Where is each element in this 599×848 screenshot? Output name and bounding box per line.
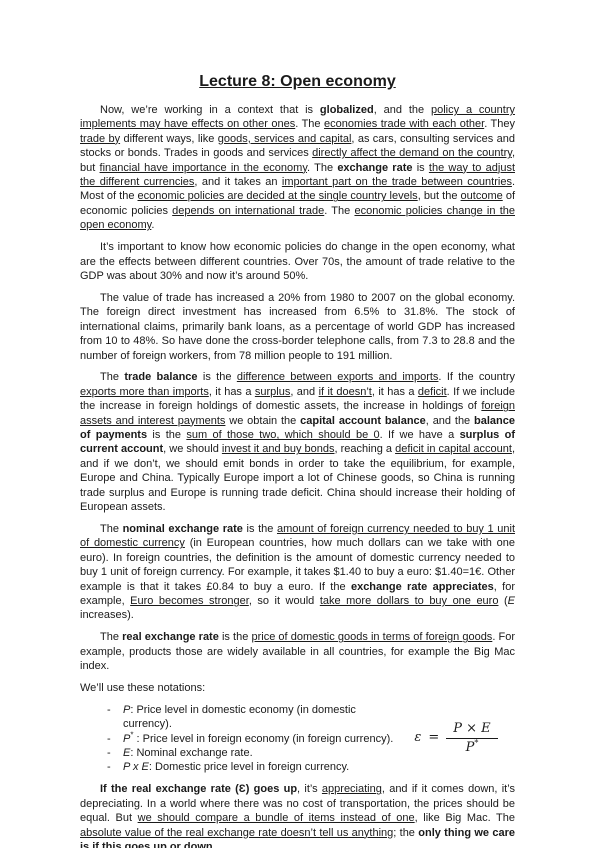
notations-section: -P: Price level in domestic economy (in … <box>80 703 515 774</box>
bullet-marker: - <box>107 703 123 732</box>
bullet-marker: - <box>107 746 123 760</box>
fraction-denominator: P* <box>466 739 479 755</box>
real-exchange-rate-formula: ε = P × E P* <box>397 722 515 756</box>
paragraph-real-exchange-rate: The real exchange rate is the price of d… <box>80 630 515 673</box>
fraction-numerator: P × E <box>446 722 497 739</box>
paragraph-trade-gdp: It’s important to know how economic poli… <box>80 240 515 283</box>
notation-item: -E: Nominal exchange rate. <box>80 746 397 760</box>
notation-item: -P x E: Domestic price level in foreign … <box>80 760 397 774</box>
equals-sign: = <box>428 731 439 745</box>
paragraph-nominal-exchange-rate: The nominal exchange rate is the amount … <box>80 522 515 623</box>
notation-item: -P: Price level in domestic economy (in … <box>80 703 397 732</box>
notation-text: P* : Price level in foreign economy (in … <box>123 732 397 746</box>
paragraph-trade-balance: The trade balance is the difference betw… <box>80 370 515 514</box>
paragraph-globalization: Now, we’re working in a context that is … <box>80 103 515 233</box>
notation-text: E: Nominal exchange rate. <box>123 746 397 760</box>
notation-item: -P* : Price level in foreign economy (in… <box>80 732 397 746</box>
notation-list: -P: Price level in domestic economy (in … <box>80 703 397 774</box>
page-title: Lecture 8: Open economy <box>80 72 515 92</box>
notation-text: P x E: Domestic price level in foreign c… <box>123 760 397 774</box>
document-page: Lecture 8: Open economy Now, we’re worki… <box>0 0 599 848</box>
notations-intro: We’ll use these notations: <box>80 681 515 695</box>
fraction: P × E P* <box>446 722 497 756</box>
notation-text: P: Price level in domestic economy (in d… <box>123 703 397 732</box>
epsilon-symbol: ε <box>414 731 421 745</box>
paragraph-appreciation: If the real exchange rate (Ɛ) goes up, i… <box>80 782 515 848</box>
bullet-marker: - <box>107 760 123 774</box>
bullet-marker: - <box>107 732 123 746</box>
paragraph-trade-growth: The value of trade has increased a 20% f… <box>80 291 515 363</box>
